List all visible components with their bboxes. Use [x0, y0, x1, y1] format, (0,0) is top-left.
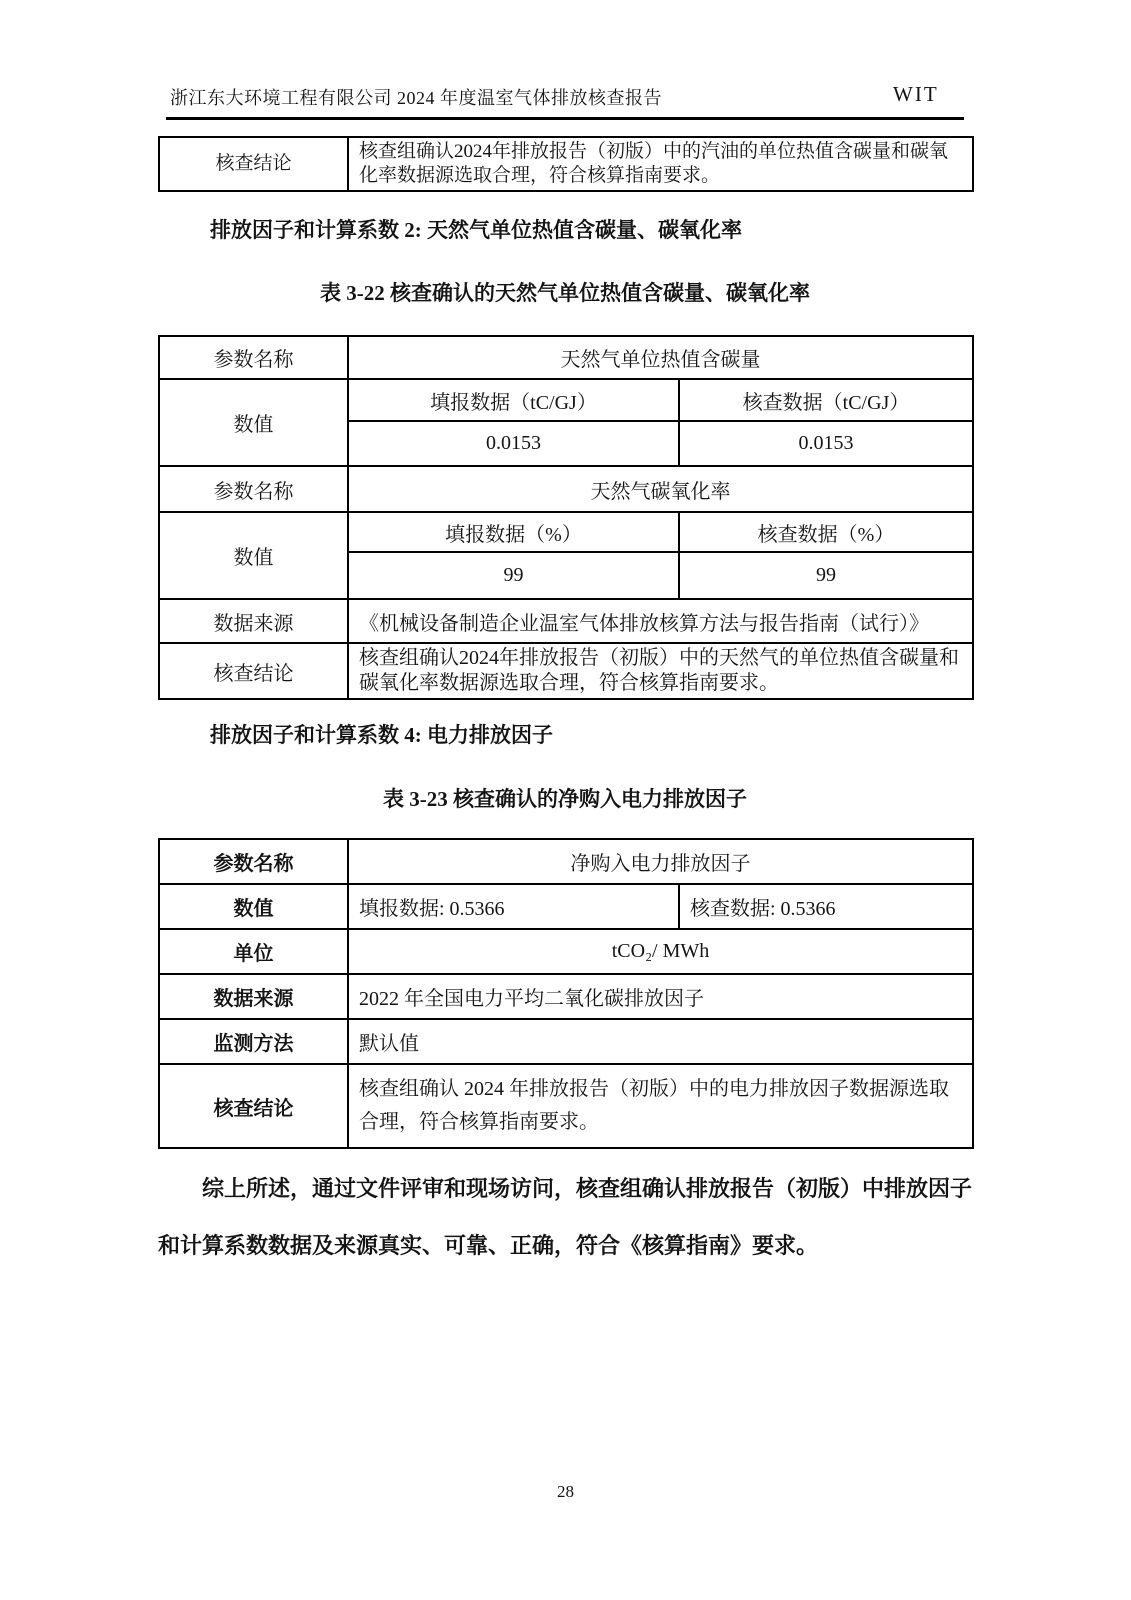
table-row: 参数名称 天然气碳氧化率	[159, 466, 973, 512]
data-source-label-cell: 数据来源	[159, 974, 348, 1019]
table-row: 参数名称 净购入电力排放因子	[159, 839, 973, 884]
table-row: 数据来源 《机械设备制造企业温室气体排放核算方法与报告指南（试行）》	[159, 599, 973, 643]
table-row: 单位 tCO₂/ MWh	[159, 929, 973, 974]
table-row: 数据来源 2022 年全国电力平均二氧化碳排放因子	[159, 974, 973, 1019]
data-source-value-cell: 2022 年全国电力平均二氧化碳排放因子	[348, 974, 973, 1019]
reported-data-value-cell: 99	[348, 552, 679, 599]
unit-label-cell: 单位	[159, 929, 348, 974]
table-row: 核查结论 核查组确认2024年排放报告（初版）中的汽油的单位热值含碳量和碳氧化率…	[159, 137, 973, 191]
reported-data-value-cell: 0.0153	[348, 421, 679, 466]
table-row: 核查结论 核查组确认 2024 年排放报告（初版）中的电力排放因子数据源选取合理…	[159, 1064, 973, 1148]
table-row: 数值 填报数据（%） 核查数据（%）	[159, 512, 973, 552]
report-header-title: 浙江东大环境工程有限公司 2024 年度温室气体排放核查报告	[170, 84, 662, 110]
reported-data-header-cell: 填报数据（%）	[348, 512, 679, 552]
table-3-23-caption: 表 3-23 核查确认的净购入电力排放因子	[158, 783, 972, 813]
table-row: 参数名称 天然气单位热值含碳量	[159, 336, 973, 379]
table-row: 核查结论 核查组确认2024年排放报告（初版）中的天然气的单位热值含碳量和碳氧化…	[159, 643, 973, 699]
page-number: 28	[0, 1482, 1131, 1502]
value-label-cell: 数值	[159, 884, 348, 929]
value-label-cell: 数值	[159, 512, 348, 599]
param-name-label-cell: 参数名称	[159, 839, 348, 884]
section-2-heading: 排放因子和计算系数 2: 天然气单位热值含碳量、碳氧化率	[210, 214, 972, 244]
document-page: 浙江东大环境工程有限公司 2024 年度温室气体排放核查报告 WIT 核查结论 …	[0, 0, 1131, 1600]
conclusion-text-cell: 核查组确认2024年排放报告（初版）中的天然气的单位热值含碳量和碳氧化率数据源选…	[348, 643, 973, 699]
header-divider	[166, 117, 964, 120]
value-label-cell: 数值	[159, 379, 348, 466]
data-source-label-cell: 数据来源	[159, 599, 348, 643]
verified-data-header-cell: 核查数据（%）	[679, 512, 973, 552]
continuation-conclusion-table: 核查结论 核查组确认2024年排放报告（初版）中的汽油的单位热值含碳量和碳氧化率…	[158, 136, 974, 192]
monitoring-method-value-cell: 默认值	[348, 1019, 973, 1064]
table-row: 监测方法 默认值	[159, 1019, 973, 1064]
conclusion-label-cell: 核查结论	[159, 1064, 348, 1148]
param-name-value-cell: 天然气碳氧化率	[348, 466, 973, 512]
conclusion-text-cell: 核查组确认2024年排放报告（初版）中的汽油的单位热值含碳量和碳氧化率数据源选取…	[348, 137, 973, 191]
monitoring-method-label-cell: 监测方法	[159, 1019, 348, 1064]
wit-logo: WIT	[893, 82, 939, 107]
conclusion-label-cell: 核查结论	[159, 643, 348, 699]
param-name-value-cell: 天然气单位热值含碳量	[348, 336, 973, 379]
table-row: 数值 填报数据: 0.5366 核查数据: 0.5366	[159, 884, 973, 929]
reported-data-value-cell: 填报数据: 0.5366	[348, 884, 679, 929]
data-source-value-cell: 《机械设备制造企业温室气体排放核算方法与报告指南（试行）》	[348, 599, 973, 643]
param-name-label-cell: 参数名称	[159, 336, 348, 379]
section-4-heading: 排放因子和计算系数 4: 电力排放因子	[210, 719, 972, 749]
conclusion-text-cell: 核查组确认 2024 年排放报告（初版）中的电力排放因子数据源选取合理，符合核算…	[348, 1064, 973, 1148]
table-3-22-caption: 表 3-22 核查确认的天然气单位热值含碳量、碳氧化率	[158, 277, 972, 307]
verified-data-value-cell: 核查数据: 0.5366	[679, 884, 973, 929]
verified-data-header-cell: 核查数据（tC/GJ）	[679, 379, 973, 421]
verified-data-value-cell: 0.0153	[679, 421, 973, 466]
table-row: 数值 填报数据（tC/GJ） 核查数据（tC/GJ）	[159, 379, 973, 421]
conclusion-label-cell: 核查结论	[159, 137, 348, 191]
summary-paragraph: 综上所述，通过文件评审和现场访问，核查组确认排放报告（初版）中排放因子和计算系数…	[158, 1160, 972, 1274]
table-3-22: 参数名称 天然气单位热值含碳量 数值 填报数据（tC/GJ） 核查数据（tC/G…	[158, 335, 974, 700]
param-name-label-cell: 参数名称	[159, 466, 348, 512]
verified-data-value-cell: 99	[679, 552, 973, 599]
param-name-value-cell: 净购入电力排放因子	[348, 839, 973, 884]
unit-value-cell: tCO₂/ MWh	[348, 929, 973, 974]
table-3-23: 参数名称 净购入电力排放因子 数值 填报数据: 0.5366 核查数据: 0.5…	[158, 838, 974, 1149]
reported-data-header-cell: 填报数据（tC/GJ）	[348, 379, 679, 421]
